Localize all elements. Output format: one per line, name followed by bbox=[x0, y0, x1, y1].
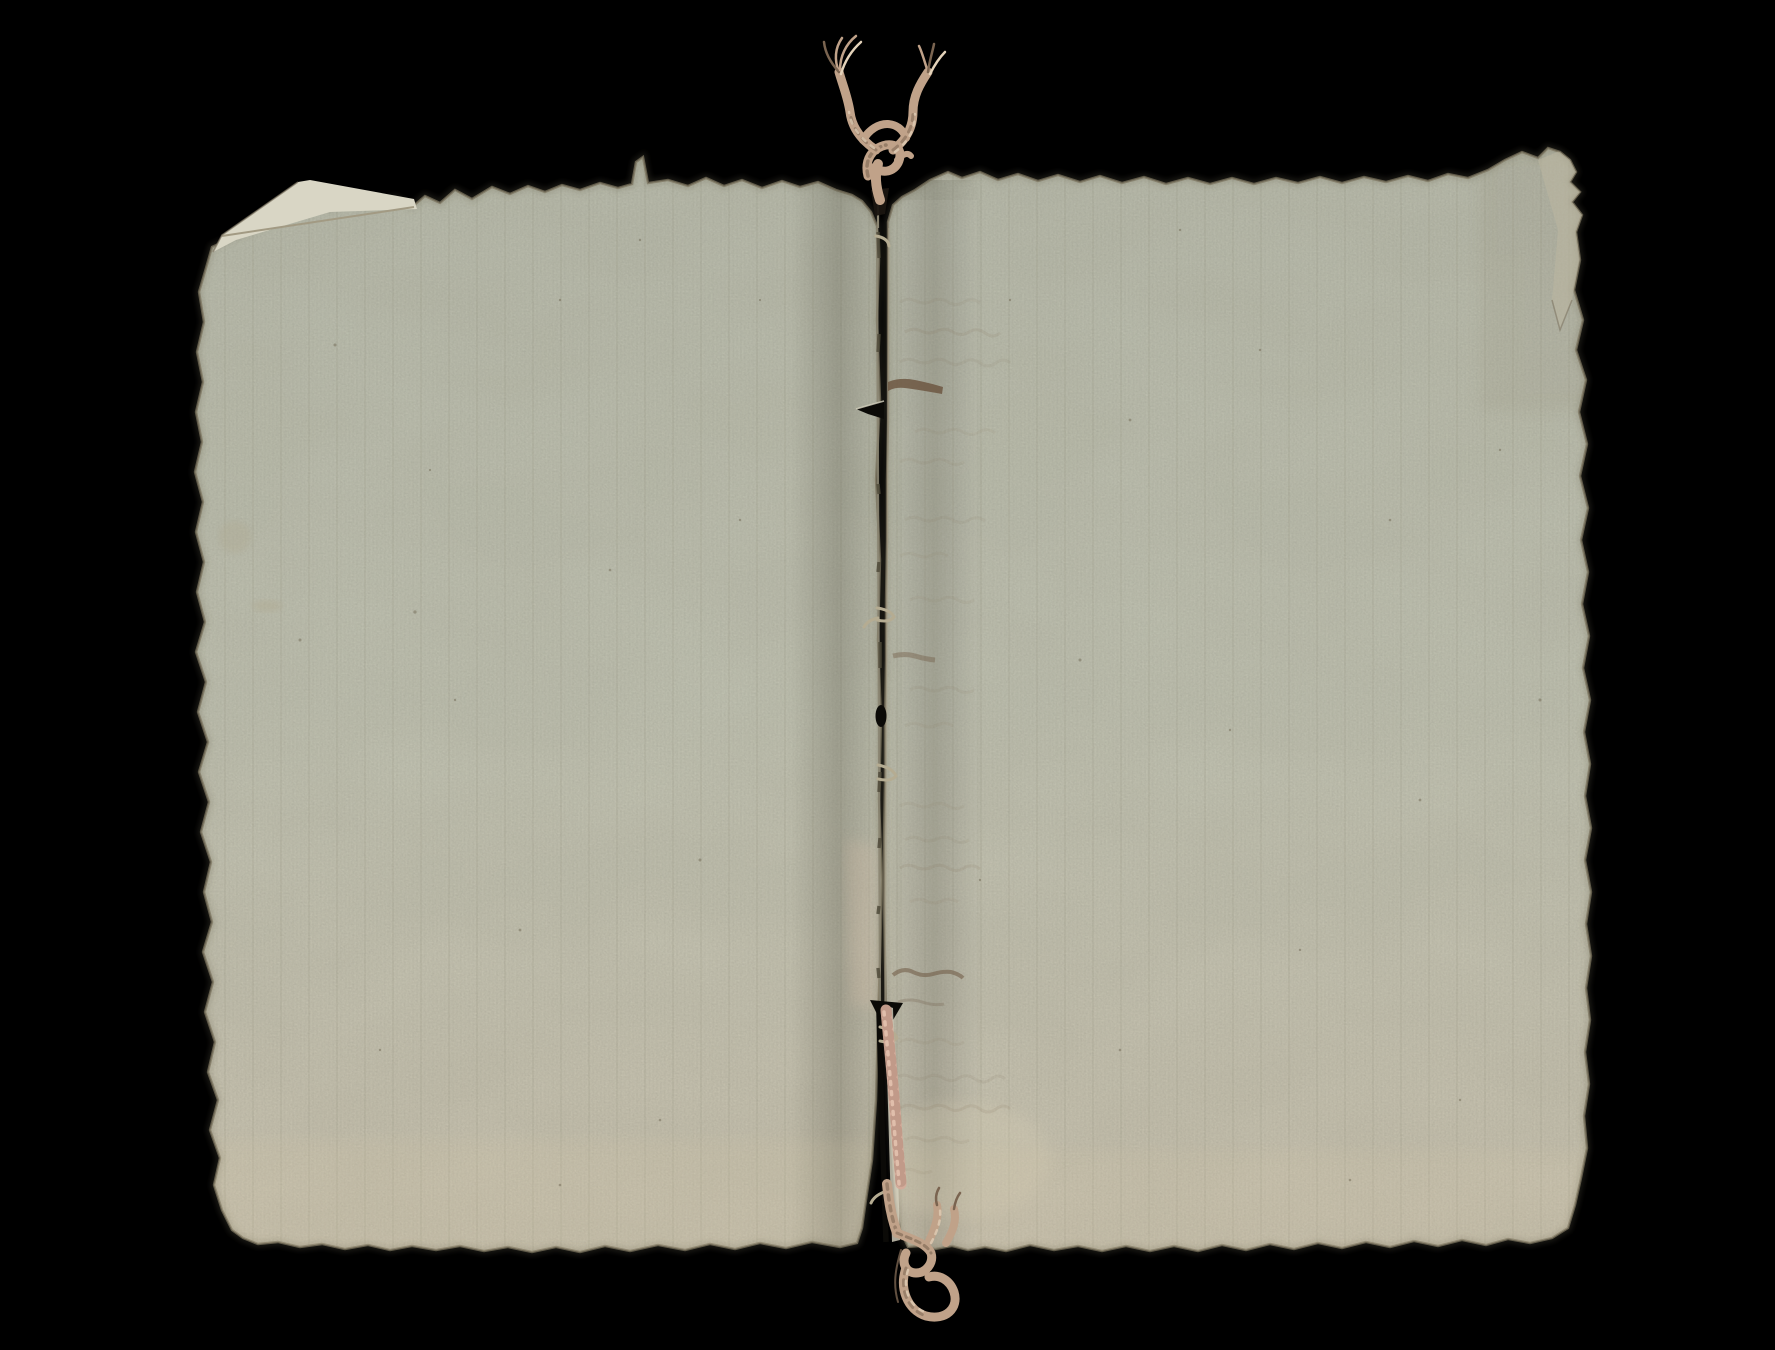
right-page bbox=[870, 148, 1600, 1260]
left-page bbox=[195, 157, 886, 1260]
gutter-shadow bbox=[790, 180, 885, 1260]
booklet-photo bbox=[0, 0, 1775, 1350]
round-stain bbox=[219, 521, 251, 553]
stitch-hole bbox=[876, 705, 887, 727]
photo-stage bbox=[0, 0, 1775, 1350]
warm-stain bbox=[845, 840, 878, 1010]
